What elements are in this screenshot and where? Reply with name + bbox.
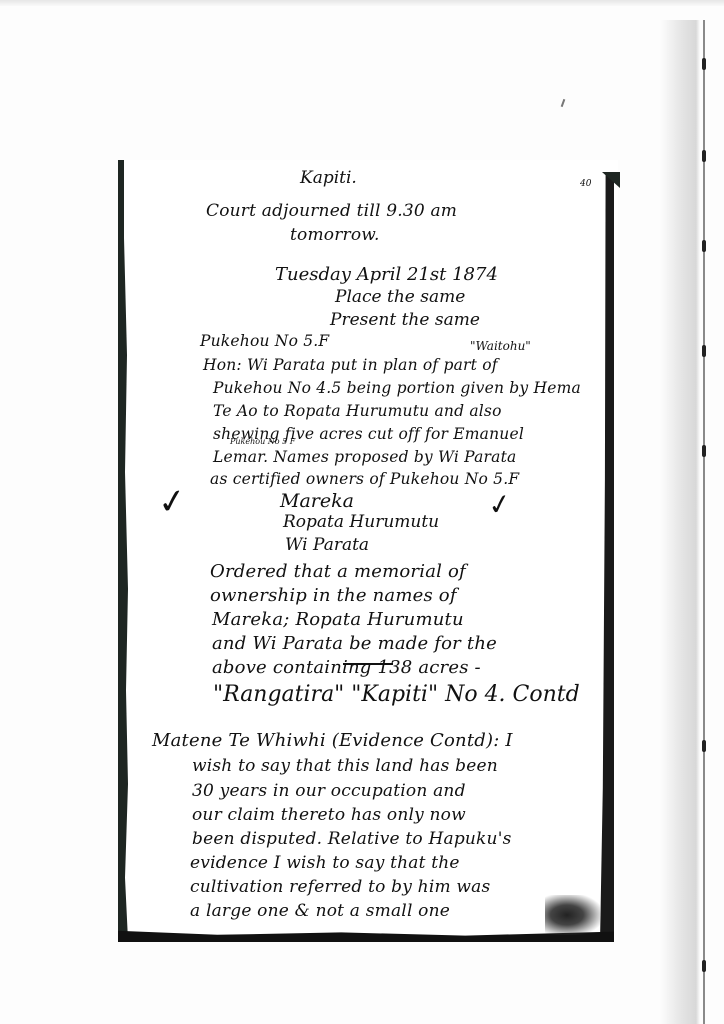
stray-mark [561,99,566,107]
ink-smudge [545,895,600,935]
binding-mark [702,150,706,162]
page-heading: Kapiti. [300,170,357,187]
case-2-line: been disputed. Relative to Hapuku's [192,831,512,848]
case-1-line: Lemar. Names proposed by Wi Parata [213,450,516,466]
session-date: Tuesday April 21st 1874 [275,266,498,284]
binding-mark [702,740,706,752]
case-2-line: our claim thereto has only now [192,807,466,824]
case-2-line: evidence I wish to say that the [190,855,460,872]
case-1-line: Te Ao to Ropata Hurumutu and also [213,404,502,420]
case-1-line: Pukehou No 4.5 being portion given by He… [213,381,581,397]
scanned-page: 40 Kapiti. Court adjourned till 9.30 am … [0,0,724,1024]
case-2-line: 30 years in our occupation and [192,783,466,800]
case-1-line: Hon: Wi Parata put in plan of part of [203,358,498,374]
binding-mark [702,345,706,357]
binding-fold-line [703,20,705,1024]
case-2-line: a large one & not a small one [190,903,450,920]
owner-name: Mareka [280,492,354,511]
session-place: Place the same [335,289,465,306]
case-1-title: Pukehou No 5.F [200,334,329,350]
binding-mark [702,960,706,972]
order-line: Mareka; Ropata Hurumutu [212,611,464,629]
case-2-line: Matene Te Whiwhi (Evidence Contd): I [152,732,513,750]
order-line: above containing 138 acres - [212,659,481,677]
left-margin-checkmark-icon: ✓ [155,480,189,524]
section-divider [343,663,393,665]
order-line: Ordered that a memorial of [210,563,466,581]
case-2-line: wish to say that this land has been [192,758,498,775]
case-2-title: "Rangatira" "Kapiti" No 4. Contd [213,684,580,706]
session-present: Present the same [330,312,480,329]
binding-mark [702,445,706,457]
case-2-line: cultivation referred to by him was [190,879,490,896]
owner-name: Wi Parata [285,537,369,554]
order-line: ownership in the names of [210,587,457,605]
case-1-margin-insertion: Pukehou No 5 F [230,438,295,446]
adjournment-line-2: tomorrow. [290,227,380,244]
adjournment-line-1: Court adjourned till 9.30 am [206,203,457,220]
case-1-line: as certified owners of Pukehou No 5.F [210,472,519,488]
case-1-insertion: "Waitohu" [470,340,531,352]
binding-mark [702,58,706,70]
owner-name: Ropata Hurumutu [283,514,439,531]
binding-shadow [660,20,700,1024]
folio-number: 40 [580,180,591,189]
scan-top-edge [0,0,724,6]
binding-mark [702,240,706,252]
order-line: and Wi Parata be made for the [212,635,497,653]
